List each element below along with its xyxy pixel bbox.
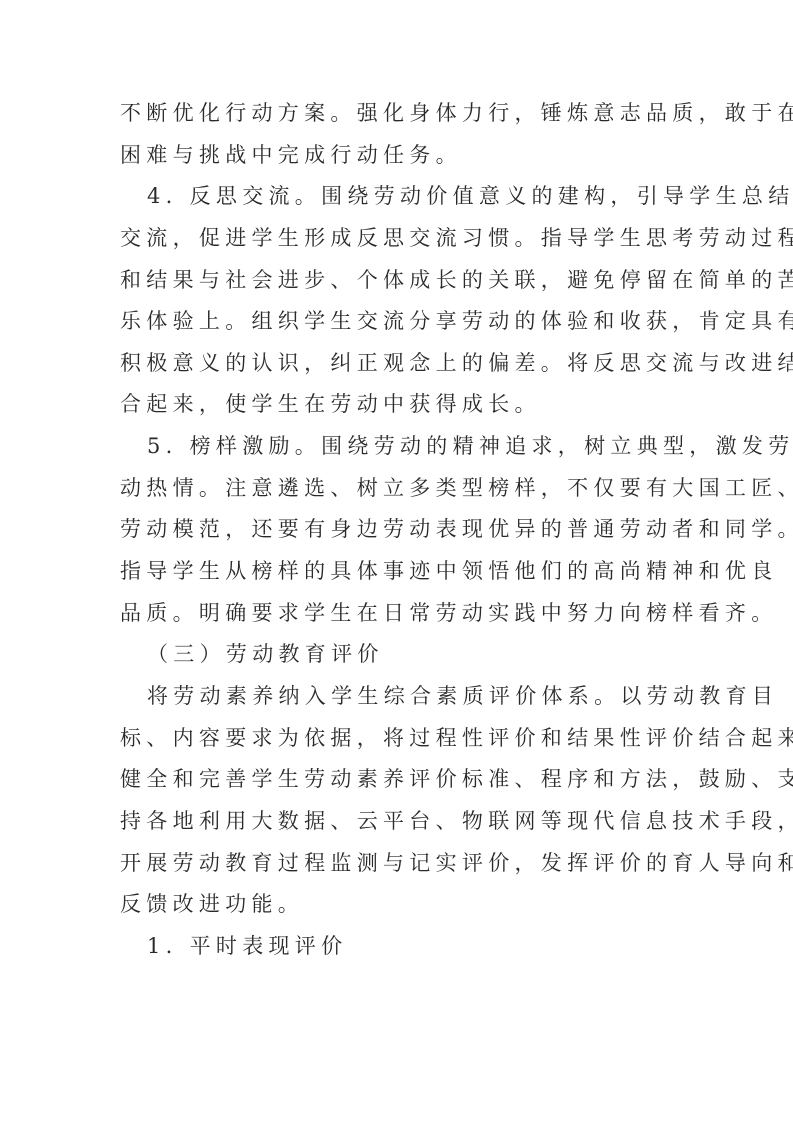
text-line: 交流，促进学生形成反思交流习惯。指导学生思考劳动过程 — [120, 218, 672, 260]
text-line: 合起来，使学生在劳动中获得成长。 — [120, 384, 672, 426]
document-page: 不断优化行动方案。强化身体力行，锤炼意志品质，敢于在 困难与挑战中完成行动任务。… — [120, 93, 672, 967]
text-line: 困难与挑战中完成行动任务。 — [120, 135, 672, 177]
subsection-heading: 1. 平时表现评价 — [120, 926, 672, 968]
text-line: 劳动模范，还要有身边劳动表现优异的普通劳动者和同学。 — [120, 509, 672, 551]
list-item-heading: 5. 榜样激励。围绕劳动的精神追求，树立典型，激发劳 — [120, 426, 672, 468]
text-line: 品质。明确要求学生在日常劳动实践中努力向榜样看齐。 — [120, 593, 672, 635]
list-item-heading: 4. 反思交流。围绕劳动价值意义的建构，引导学生总结、 — [120, 176, 672, 218]
text-line: 反馈改进功能。 — [120, 884, 672, 926]
text-line: 开展劳动教育过程监测与记实评价，发挥评价的育人导向和 — [120, 843, 672, 885]
text-line: 乐体验上。组织学生交流分享劳动的体验和收获，肯定具有 — [120, 301, 672, 343]
text-line: 指导学生从榜样的具体事迹中领悟他们的高尚精神和优良 — [120, 551, 672, 593]
text-line: 和结果与社会进步、个体成长的关联，避免停留在简单的苦 — [120, 260, 672, 302]
text-line: 标、内容要求为依据，将过程性评价和结果性评价结合起来， — [120, 718, 672, 760]
section-heading: （三）劳动教育评价 — [120, 634, 672, 676]
text-line: 健全和完善学生劳动素养评价标准、程序和方法，鼓励、支 — [120, 759, 672, 801]
text-line: 积极意义的认识，纠正观念上的偏差。将反思交流与改进结 — [120, 343, 672, 385]
text-line: 持各地利用大数据、云平台、物联网等现代信息技术手段， — [120, 801, 672, 843]
paragraph-start: 将劳动素养纳入学生综合素质评价体系。以劳动教育目 — [120, 676, 672, 718]
text-line: 不断优化行动方案。强化身体力行，锤炼意志品质，敢于在 — [120, 93, 672, 135]
text-line: 动热情。注意遴选、树立多类型榜样，不仅要有大国工匠、 — [120, 468, 672, 510]
